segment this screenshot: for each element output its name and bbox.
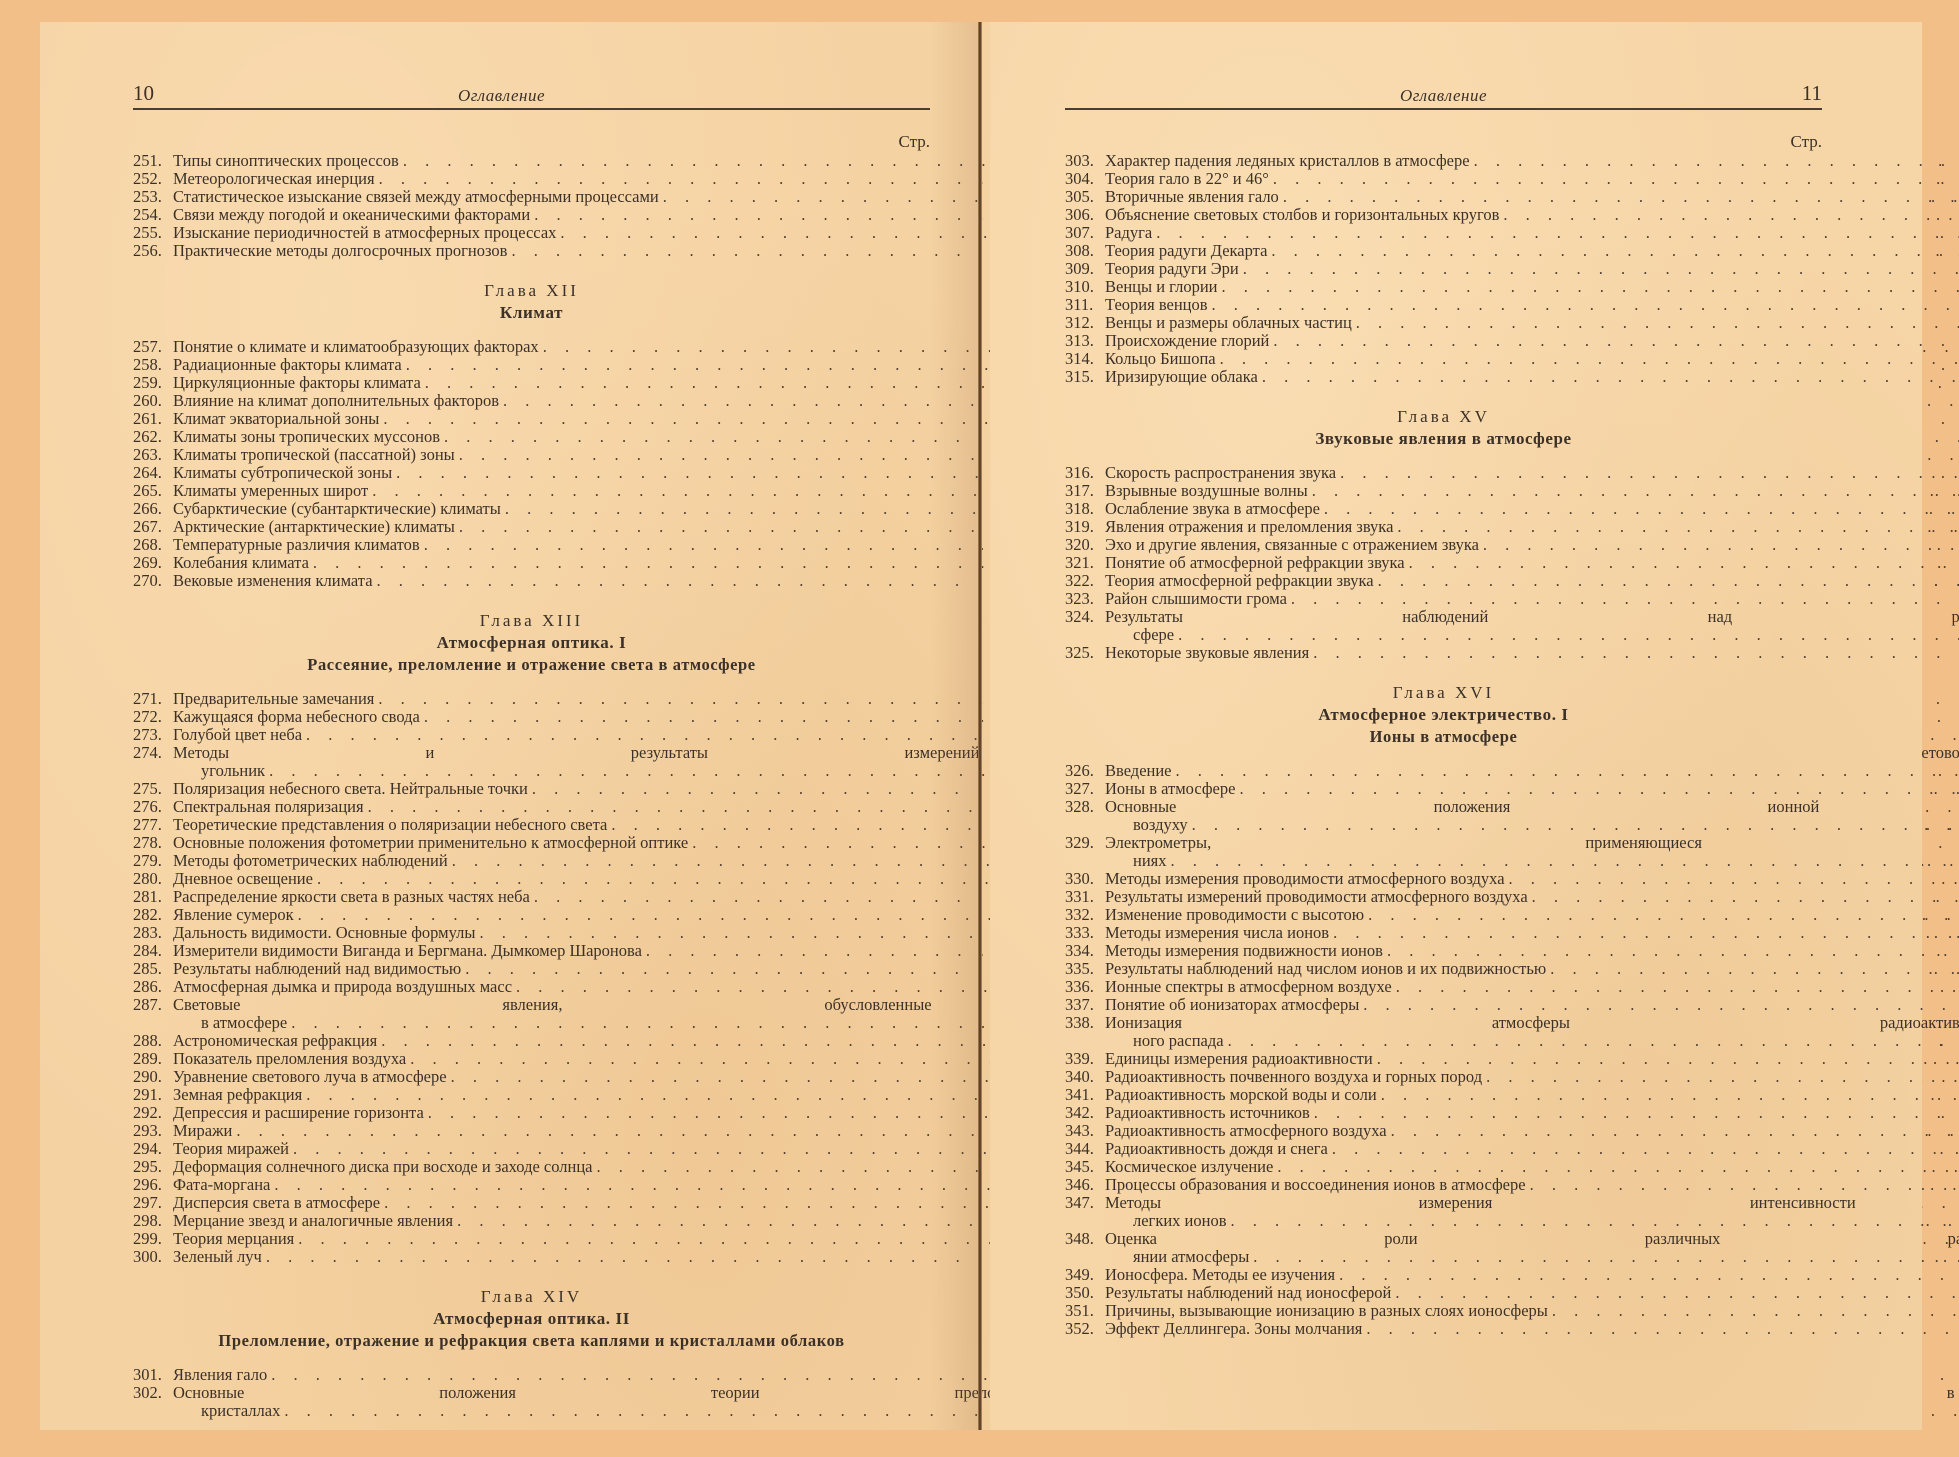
dot-leader <box>1253 1248 1959 1266</box>
section-number: 305. <box>1065 188 1105 206</box>
toc-entry: 287.Световые явления, обусловленные прел… <box>133 996 930 1032</box>
entry-title: Ослабление звука в атмосфере <box>1105 500 1324 518</box>
entry-title: Явление сумерок <box>173 906 298 924</box>
toc-entry: 351.Причины, вызывающие ионизацию в разн… <box>1065 1302 1822 1320</box>
entry-title: Колебания климата <box>173 554 313 572</box>
section-number: 275. <box>133 780 173 798</box>
toc-entry: 290.Уравнение светового луча в атмосфере… <box>133 1068 930 1086</box>
entry-title: Основные положения ионной теории примени… <box>1105 798 1959 816</box>
toc-entry: 262.Климаты зоны тропических муссонов473 <box>133 428 930 446</box>
dot-leader <box>1368 906 1959 924</box>
chapter-subtitle: Преломление, отражение и рефракция света… <box>133 1330 930 1352</box>
toc-entry: 348.Оценка роли различных радиоактивных … <box>1065 1230 1822 1266</box>
section-number: 348. <box>1065 1230 1105 1266</box>
section-number: 333. <box>1065 924 1105 942</box>
entry-title: Предварительные замечания <box>173 690 378 708</box>
entry-title: Методы измерения проводимости атмосферно… <box>1105 870 1509 888</box>
entry-title: Венцы и глории <box>1105 278 1221 296</box>
entry-title: Эффект Деллингера. Зоны молчания <box>1105 1320 1366 1338</box>
section-number: 285. <box>133 960 173 978</box>
section-number: 254. <box>133 206 173 224</box>
chapter-subtitle: Рассеяние, преломление и отражение света… <box>133 654 930 676</box>
section-number: 349. <box>1065 1266 1105 1284</box>
toc-entry: 280.Дневное освещение513 <box>133 870 930 888</box>
section-number: 341. <box>1065 1086 1105 1104</box>
section-number: 319. <box>1065 518 1105 536</box>
section-number: 315. <box>1065 368 1105 386</box>
toc-entry: 326.Введение597 <box>1065 762 1822 780</box>
section-number: 343. <box>1065 1122 1105 1140</box>
entry-title: Вековые изменения климата <box>173 572 377 590</box>
dot-leader <box>1192 816 1959 834</box>
section-number: 331. <box>1065 888 1105 906</box>
entry-title: Характер падения ледяных кристаллов в ат… <box>1105 152 1474 170</box>
dot-leader <box>1156 224 1959 242</box>
toc-entry: 264.Климаты субтропической зоны478 <box>133 464 930 482</box>
chapter-title: Атмосферная оптика. II <box>133 1308 930 1330</box>
dot-leader <box>1273 170 1959 188</box>
entry-title: Теоретические представления о поляризаци… <box>173 816 611 834</box>
toc-entry: 302.Основные положения теории преломлени… <box>133 1384 930 1420</box>
entry-title: Изменение проводимости с высотою <box>1105 906 1368 924</box>
section-number: 330. <box>1065 870 1105 888</box>
entry-title: Ионосфера. Методы ее изучения <box>1105 1266 1339 1284</box>
entry-title: Климат экваториальной зоны <box>173 410 383 428</box>
section-number: 294. <box>133 1140 173 1158</box>
chapter-label: Глава XIV <box>133 1286 930 1308</box>
entry-title: Связи между погодой и океаническими факт… <box>173 206 534 224</box>
entry-title: Циркуляционные факторы климата <box>173 374 425 392</box>
toc-entry: 313.Происхождение глорий573 <box>1065 332 1822 350</box>
section-number: 332. <box>1065 906 1105 924</box>
chapter-label: Глава XVI <box>1065 682 1822 704</box>
section-number: 350. <box>1065 1284 1105 1302</box>
entry-title: Астрономическая рефракция <box>173 1032 381 1050</box>
entry-title: Климаты умеренных широт <box>173 482 372 500</box>
toc-entry: 306.Объяснение световых столбов и горизо… <box>1065 206 1822 224</box>
entry-title: Дисперсия света в атмосфере <box>173 1194 384 1212</box>
entry-title: Процессы образования и воссоединения ион… <box>1105 1176 1530 1194</box>
section-number: 268. <box>133 536 173 554</box>
chapter-subtitle: Ионы в атмосфере <box>1065 726 1822 748</box>
entry-title: Понятие о климате и климатообразующих фа… <box>173 338 543 356</box>
dot-leader <box>1397 518 1959 536</box>
toc-entry: 311.Теория венцов571 <box>1065 296 1822 314</box>
section-number: 342. <box>1065 1104 1105 1122</box>
section-number: 292. <box>133 1104 173 1122</box>
left-page-column: 10 Оглавление Стр. 251.Типы синоптически… <box>133 78 930 1420</box>
section-number: 327. <box>1065 780 1105 798</box>
entry-title: Явления гало <box>173 1366 271 1384</box>
entry-title: Поляризация небесного света. Нейтральные… <box>173 780 532 798</box>
toc-entry: 330.Методы измерения проводимости атмосф… <box>1065 870 1822 888</box>
entry-title: Депрессия и расширение горизонта <box>173 1104 428 1122</box>
section-number: 287. <box>133 996 173 1032</box>
toc-entry: 332.Изменение проводимости с высотою610 <box>1065 906 1822 924</box>
section-number: 284. <box>133 942 173 960</box>
toc-entry: 331.Результаты измерений проводимости ат… <box>1065 888 1822 906</box>
toc-entry: 328.Основные положения ионной теории при… <box>1065 798 1822 834</box>
entry-title: Кольцо Бишопа <box>1105 350 1220 368</box>
toc-entry: 288.Астрономическая рефракция531 <box>133 1032 930 1050</box>
toc-list: 303.Характер падения ледяных кристаллов … <box>1065 152 1822 1338</box>
dot-leader <box>1340 464 1959 482</box>
toc-entry: 340.Радиоактивность почвенного воздуха и… <box>1065 1068 1822 1086</box>
dot-leader <box>1387 942 1959 960</box>
toc-entry: 346.Процессы образования и воссоединения… <box>1065 1176 1822 1194</box>
dot-leader <box>1273 332 1959 350</box>
dot-leader <box>1243 260 1959 278</box>
entry-title: Результаты наблюдений над видимостью <box>173 960 465 978</box>
entry-title: Единицы измерения радиоактивности <box>1105 1050 1377 1068</box>
entry-title-continuation: в атмосфере <box>201 1014 291 1032</box>
entry-title: Дальность видимости. Основные формулы <box>173 924 479 942</box>
entry-title: Теория мерцания <box>173 1230 298 1248</box>
section-number: 281. <box>133 888 173 906</box>
section-number: 306. <box>1065 206 1105 224</box>
entry-title: Методы измерения подвижности ионов <box>1105 942 1387 960</box>
dot-leader <box>1176 762 1959 780</box>
toc-entry: 322.Теория атмосферной рефракции звука58… <box>1065 572 1822 590</box>
dot-leader <box>1228 1032 1959 1050</box>
toc-entry: 327.Ионы в атмосфере598 <box>1065 780 1822 798</box>
dot-leader <box>1381 1086 1959 1104</box>
section-number: 317. <box>1065 482 1105 500</box>
dot-leader <box>1291 590 1959 608</box>
entry-title: Иризирующие облака <box>1105 368 1262 386</box>
entry-title-continuation: кристаллах <box>201 1402 284 1420</box>
toc-entry: 308.Теория радуги Декарта564 <box>1065 242 1822 260</box>
section-number: 259. <box>133 374 173 392</box>
toc-entry: 277.Теоретические представления о поляри… <box>133 816 930 834</box>
chapter-title: Атмосферная оптика. I <box>133 632 930 654</box>
section-number: 291. <box>133 1086 173 1104</box>
entry-title: Теория радуги Декарта <box>1105 242 1271 260</box>
toc-entry: 301.Явления гало553 <box>133 1366 930 1384</box>
dot-leader <box>1339 1266 1959 1284</box>
section-number: 253. <box>133 188 173 206</box>
toc-entry: 335.Результаты наблюдений над числом ион… <box>1065 960 1822 978</box>
section-number: 311. <box>1065 296 1105 314</box>
section-number: 265. <box>133 482 173 500</box>
dot-leader <box>1503 206 1959 224</box>
entry-title: Венцы и размеры облачных частиц <box>1105 314 1356 332</box>
toc-entry: 304.Теория гало в 22° и 46°559 <box>1065 170 1822 188</box>
entry-title: Радиоактивность атмосферного воздуха <box>1105 1122 1391 1140</box>
entry-title: Радиоактивность почвенного воздуха и гор… <box>1105 1068 1486 1086</box>
toc-entry: 256.Практические методы долгосрочных про… <box>133 242 930 260</box>
toc-entry: 312.Венцы и размеры облачных частиц573 <box>1065 314 1822 332</box>
section-number: 263. <box>133 446 173 464</box>
section-number: 273. <box>133 726 173 744</box>
entry-title: Климаты тропической (пассатной) зоны <box>173 446 459 464</box>
page-number: 11 <box>1802 81 1822 106</box>
toc-entry: 325.Некоторые звуковые явления596 <box>1065 644 1822 662</box>
toc-entry: 299.Теория мерцания549 <box>133 1230 930 1248</box>
toc-entry: 258.Радиационные факторы климата455 <box>133 356 930 374</box>
toc-entry: 261.Климат экваториальной зоны471 <box>133 410 930 428</box>
dot-leader <box>1532 888 1959 906</box>
entry-title: Кажущаяся форма небесного свода <box>173 708 424 726</box>
section-number: 313. <box>1065 332 1105 350</box>
toc-entry: 275.Поляризация небесного света. Нейтрал… <box>133 780 930 798</box>
toc-entry: 253.Статистическое изыскание связей межд… <box>133 188 930 206</box>
entry-title: Мерцание звезд и аналогичные явления <box>173 1212 457 1230</box>
dot-leader <box>1221 278 1959 296</box>
entry-title: Земная рефракция <box>173 1086 306 1104</box>
toc-entry: 296.Фата-моргана547 <box>133 1176 930 1194</box>
dot-leader <box>1314 1104 1959 1122</box>
chapter-label: Глава XV <box>1065 406 1822 428</box>
toc-entry: 338.Ионизация атмосферы радиоактивными в… <box>1065 1014 1822 1050</box>
dot-leader <box>1271 242 1959 260</box>
entry-title: Объяснение световых столбов и горизонтал… <box>1105 206 1503 224</box>
section-number: 271. <box>133 690 173 708</box>
entry-title: Методы фотометрических наблюдений <box>173 852 452 870</box>
dot-leader <box>1313 644 1959 662</box>
section-number: 264. <box>133 464 173 482</box>
section-number: 297. <box>133 1194 173 1212</box>
section-number: 274. <box>133 744 173 780</box>
section-number: 335. <box>1065 960 1105 978</box>
toc-entry: 309.Теория радуги Эри566 <box>1065 260 1822 278</box>
entry-title: Теория венцов <box>1105 296 1212 314</box>
dot-leader <box>1486 1068 1959 1086</box>
section-number: 270. <box>133 572 173 590</box>
left-page: 10 Оглавление Стр. 251.Типы синоптически… <box>40 22 990 1430</box>
entry-title: Теория миражей <box>173 1140 293 1158</box>
entry-title: Деформация солнечного диска при восходе … <box>173 1158 597 1176</box>
section-number: 345. <box>1065 1158 1105 1176</box>
entry-title: Влияние на климат дополнительных факторо… <box>173 392 503 410</box>
entry-title: Радиоактивность источников <box>1105 1104 1314 1122</box>
entry-title: Космическое излучение <box>1105 1158 1277 1176</box>
entry-title: Арктические (антарктические) климаты <box>173 518 459 536</box>
dot-leader <box>1324 500 1959 518</box>
entry-title: Изыскание периодичностей в атмосферных п… <box>173 224 560 242</box>
section-number: 324. <box>1065 608 1105 644</box>
toc-entry: 267.Арктические (антарктические) климаты… <box>133 518 930 536</box>
toc-entry: 307.Радуга562 <box>1065 224 1822 242</box>
chapter-title: Атмосферное электричество. I <box>1065 704 1822 726</box>
dot-leader <box>1363 996 1959 1014</box>
right-page-column: Оглавление 11 Стр. 303.Характер падения … <box>1065 78 1822 1338</box>
section-number: 308. <box>1065 242 1105 260</box>
pages-column-label: Стр. <box>1065 132 1822 152</box>
dot-leader <box>1530 1176 1959 1194</box>
toc-entry: 352.Эффект Деллингера. Зоны молчания637 <box>1065 1320 1822 1338</box>
section-number: 301. <box>133 1366 173 1384</box>
right-page: Оглавление 11 Стр. 303.Характер падения … <box>990 22 1922 1430</box>
running-title: Оглавление <box>1065 86 1822 106</box>
entry-title: Эхо и другие явления, связанные с отраже… <box>1105 536 1483 554</box>
entry-title: Голубой цвет неба <box>173 726 306 744</box>
section-number: 282. <box>133 906 173 924</box>
toc-entry: 334.Методы измерения подвижности ионов61… <box>1065 942 1822 960</box>
entry-title: Явления отражения и преломления звука <box>1105 518 1397 536</box>
entry-title: Методы измерения числа ионов <box>1105 924 1333 942</box>
dot-leader <box>1474 152 1959 170</box>
section-number: 256. <box>133 242 173 260</box>
toc-entry: 295.Деформация солнечного диска при восх… <box>133 1158 930 1176</box>
section-number: 269. <box>133 554 173 572</box>
toc-entry: 282.Явление сумерок517 <box>133 906 930 924</box>
toc-entry: 298.Мерцание звезд и аналогичные явления… <box>133 1212 930 1230</box>
section-number: 295. <box>133 1158 173 1176</box>
toc-entry: 259.Циркуляционные факторы климата465 <box>133 374 930 392</box>
toc-entry: 286.Атмосферная дымка и природа воздушны… <box>133 978 930 996</box>
toc-entry: 266.Субарктические (субантарктические) к… <box>133 500 930 518</box>
toc-entry: 268.Температурные различия климатов486 <box>133 536 930 554</box>
entry-title: Распределение яркости света в разных час… <box>173 888 534 906</box>
toc-entry: 283.Дальность видимости. Основные формул… <box>133 924 930 942</box>
entry-title: Показатель преломления воздуха <box>173 1050 410 1068</box>
section-number: 261. <box>133 410 173 428</box>
section-number: 309. <box>1065 260 1105 278</box>
dot-leader <box>1396 978 1959 996</box>
dot-leader <box>1239 780 1959 798</box>
dot-leader <box>1550 960 1959 978</box>
toc-entry: 344.Радиоактивность дождя и снега625 <box>1065 1140 1822 1158</box>
entry-title: Дневное освещение <box>173 870 317 888</box>
chapter-title: Звуковые явления в атмосфере <box>1065 428 1822 450</box>
entry-title: Введение <box>1105 762 1176 780</box>
entry-title: Статистическое изыскание связей между ат… <box>173 188 663 206</box>
entry-title: Результаты наблюдений над числом ионов и… <box>1105 960 1550 978</box>
section-number: 326. <box>1065 762 1105 780</box>
dot-leader <box>1395 1284 1959 1302</box>
section-number: 276. <box>133 798 173 816</box>
toc-entry: 291.Земная рефракция535 <box>133 1086 930 1104</box>
entry-title-continuation: сфере <box>1133 626 1178 644</box>
toc-entry: 310.Венцы и глории569 <box>1065 278 1822 296</box>
chapter-label: Глава XIII <box>133 610 930 632</box>
entry-title: Ионизация атмосферы радиоактивными вещес… <box>1105 1014 1959 1032</box>
dot-leader <box>1262 368 1959 386</box>
section-number: 288. <box>133 1032 173 1050</box>
entry-title: Электрометры, применяющиеся при электром… <box>1105 834 1959 852</box>
section-number: 314. <box>1065 350 1105 368</box>
entry-title: Результаты измерений проводимости атмосф… <box>1105 888 1532 906</box>
dot-leader <box>1409 554 1959 572</box>
section-number: 293. <box>133 1122 173 1140</box>
toc-entry: 265.Климаты умеренных широт480 <box>133 482 930 500</box>
toc-entry: 300.Зеленый луч551 <box>133 1248 930 1266</box>
toc-entry: 278.Основные положения фотометрии примен… <box>133 834 930 852</box>
section-number: 279. <box>133 852 173 870</box>
toc-entry: 303.Характер падения ледяных кристаллов … <box>1065 152 1822 170</box>
section-number: 325. <box>1065 644 1105 662</box>
section-number: 277. <box>133 816 173 834</box>
dot-leader <box>1552 1302 1959 1320</box>
toc-entry: 318.Ослабление звука в атмосфере578 <box>1065 500 1822 518</box>
dot-leader <box>1212 296 1959 314</box>
entry-title: Атмосферная дымка и природа воздушных ма… <box>173 978 516 996</box>
entry-title: Зеленый луч <box>173 1248 266 1266</box>
toc-entry: 252.Метеорологическая инерция442 <box>133 170 930 188</box>
dot-leader <box>1220 350 1959 368</box>
entry-title: Вторичные явления гало <box>1105 188 1283 206</box>
toc-entry: 314.Кольцо Бишопа574 <box>1065 350 1822 368</box>
section-number: 303. <box>1065 152 1105 170</box>
toc-entry: 257.Понятие о климате и климатообразующи… <box>133 338 930 356</box>
section-number: 260. <box>133 392 173 410</box>
toc-entry: 263.Климаты тропической (пассатной) зоны… <box>133 446 930 464</box>
section-number: 334. <box>1065 942 1105 960</box>
entry-title-continuation: воздуху <box>1133 816 1192 834</box>
entry-title: Теория атмосферной рефракции звука <box>1105 572 1378 590</box>
toc-entry: 350.Результаты наблюдений над ионосферой… <box>1065 1284 1822 1302</box>
toc-entry: 320.Эхо и другие явления, связанные с от… <box>1065 536 1822 554</box>
dot-leader <box>1312 482 1959 500</box>
entry-title: Измерители видимости Виганда и Бергмана.… <box>173 942 646 960</box>
toc-entry: 294.Теория миражей544 <box>133 1140 930 1158</box>
section-number: 255. <box>133 224 173 242</box>
entry-title: Миражи <box>173 1122 236 1140</box>
section-number: 251. <box>133 152 173 170</box>
entry-title: Скорость распространения звука <box>1105 464 1340 482</box>
toc-entry: 319.Явления отражения и преломления звук… <box>1065 518 1822 536</box>
chapter-title: Климат <box>133 302 930 324</box>
section-number: 296. <box>133 1176 173 1194</box>
toc-entry: 270.Вековые изменения климата490 <box>133 572 930 590</box>
left-running-head: 10 Оглавление <box>133 78 930 110</box>
entry-title: Происхождение глорий <box>1105 332 1273 350</box>
entry-title-continuation: угольник <box>201 762 269 780</box>
entry-title-continuation: легких ионов <box>1133 1212 1231 1230</box>
section-number: 302. <box>133 1384 173 1420</box>
dot-leader <box>1377 1050 1959 1068</box>
toc-entry: 317.Взрывные воздушные волны577 <box>1065 482 1822 500</box>
section-number: 272. <box>133 708 173 726</box>
dot-leader <box>1283 188 1959 206</box>
toc-entry: 276.Спектральная поляризация5(5 <box>133 798 930 816</box>
section-number: 310. <box>1065 278 1105 296</box>
section-number: 267. <box>133 518 173 536</box>
toc-entry: 297.Дисперсия света в атмосфере548 <box>133 1194 930 1212</box>
toc-entry: 347.Методы измерения интенсивности иониз… <box>1065 1194 1822 1230</box>
section-number: 320. <box>1065 536 1105 554</box>
toc-entry: 333.Методы измерения числа ионов611 <box>1065 924 1822 942</box>
dot-leader <box>1509 870 1959 888</box>
entry-title: Взрывные воздушные волны <box>1105 482 1312 500</box>
section-number: 337. <box>1065 996 1105 1014</box>
section-number: 290. <box>133 1068 173 1086</box>
section-number: 318. <box>1065 500 1105 518</box>
toc-entry: 339.Единицы измерения радиоактивности220 <box>1065 1050 1822 1068</box>
entry-title: Основные положения фотометрии применител… <box>173 834 692 852</box>
section-number: 351. <box>1065 1302 1105 1320</box>
entry-title: Типы синоптических процессов <box>173 152 403 170</box>
toc-entry: 284.Измерители видимости Виганда и Бергм… <box>133 942 930 960</box>
toc-entry: 293.Миражи540 <box>133 1122 930 1140</box>
dot-leader <box>1356 314 1959 332</box>
section-number: 300. <box>133 1248 173 1266</box>
section-number: 346. <box>1065 1176 1105 1194</box>
toc-entry: 279.Методы фотометрических наблюдений509 <box>133 852 930 870</box>
section-number: 299. <box>133 1230 173 1248</box>
toc-list: 251.Типы синоптических процессов437252.М… <box>133 152 930 1420</box>
entry-title: Радиоактивность дождя и снега <box>1105 1140 1332 1158</box>
toc-entry: 289.Показатель преломления воздуха533 <box>133 1050 930 1068</box>
toc-entry: 271.Предварительные замечания494 <box>133 690 930 708</box>
dot-leader <box>1391 1122 1959 1140</box>
dot-leader <box>1332 1140 1959 1158</box>
section-number: 278. <box>133 834 173 852</box>
entry-title: Результаты наблюдений над ионосферой <box>1105 1284 1395 1302</box>
entry-title: Практические методы долгосрочных прогноз… <box>173 242 511 260</box>
toc-entry: 255.Изыскание периодичностей в атмосферн… <box>133 224 930 242</box>
